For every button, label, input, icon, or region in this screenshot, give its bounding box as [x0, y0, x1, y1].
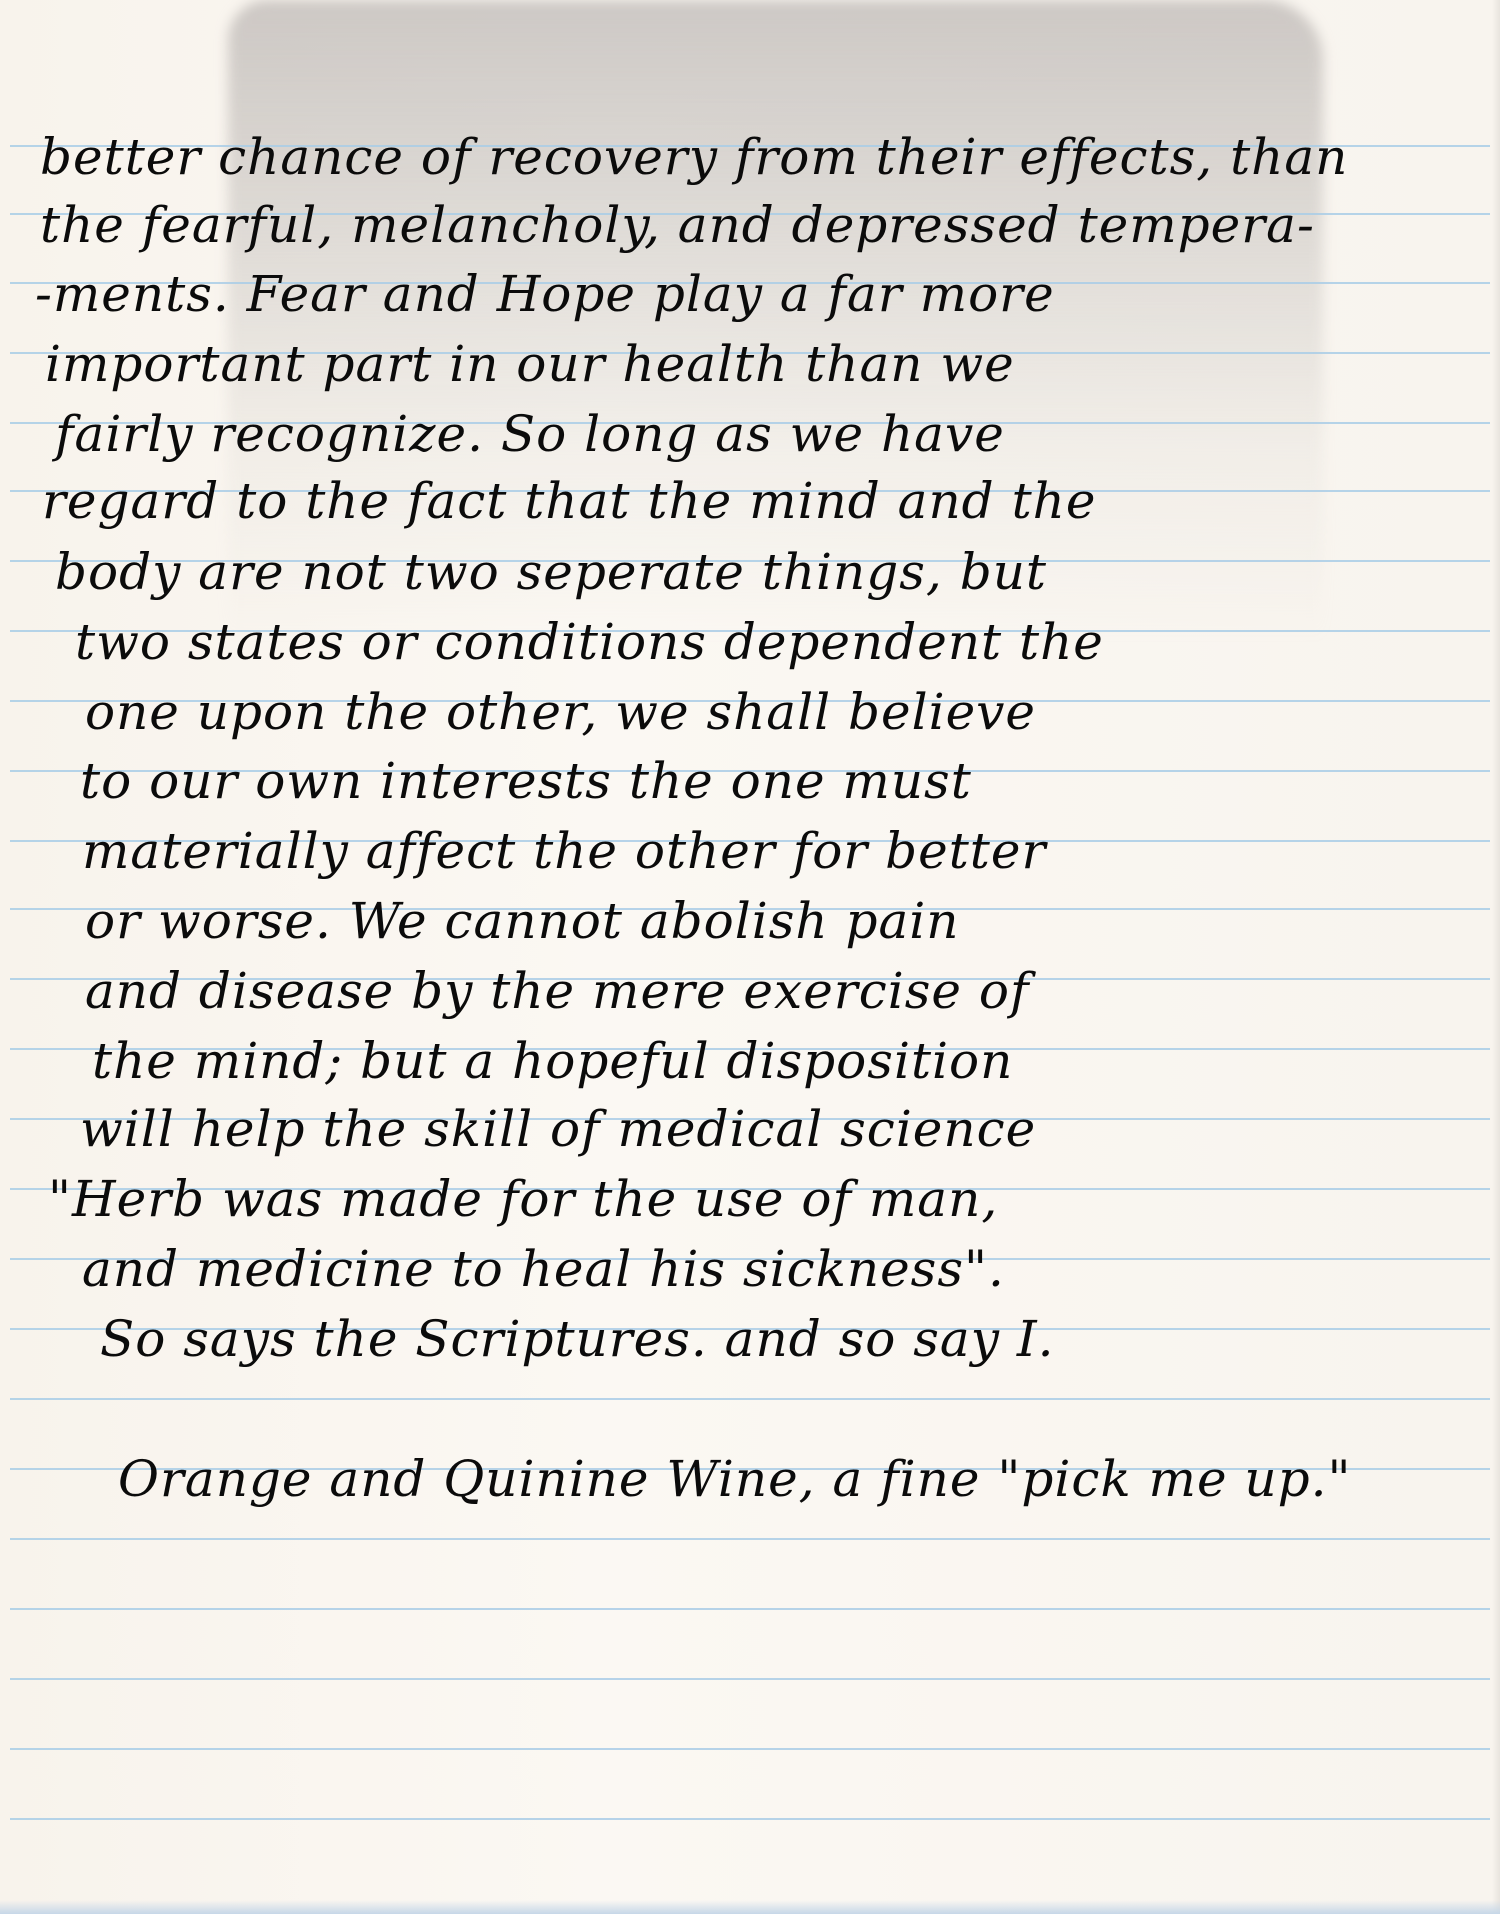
handwritten-line: "Herb was made for the use of man, — [48, 1170, 1500, 1228]
handwritten-line: regard to the fact that the mind and the — [42, 472, 1500, 530]
handwritten-line: So says the Scriptures. and so say I. — [100, 1310, 1500, 1368]
handwritten-line: materially affect the other for better — [82, 822, 1500, 880]
ruled-line — [10, 1678, 1490, 1680]
ruled-line — [10, 1748, 1490, 1750]
ruled-line — [10, 1818, 1490, 1820]
handwritten-line: the mind; but a hopeful disposition — [92, 1032, 1500, 1090]
ruled-line — [10, 1608, 1490, 1610]
handwritten-line: will help the skill of medical science — [80, 1100, 1500, 1158]
handwritten-line: fairly recognize. So long as we have — [55, 405, 1500, 463]
handwritten-line: the fearful, melancholy, and depressed t… — [40, 196, 1500, 254]
page-edge-bottom — [0, 1900, 1500, 1914]
handwritten-line: important part in our health than we — [45, 335, 1500, 393]
handwritten-line: to our own interests the one must — [80, 752, 1500, 810]
notebook-page: better chance of recovery from their eff… — [0, 0, 1500, 1914]
handwritten-line: and disease by the mere exercise of — [85, 962, 1500, 1020]
ruled-line — [10, 1398, 1490, 1400]
handwritten-line: body are not two seperate things, but — [55, 543, 1500, 601]
handwritten-line: or worse. We cannot abolish pain — [85, 892, 1500, 950]
handwritten-line: two states or conditions dependent the — [75, 613, 1500, 671]
handwritten-line: and medicine to heal his sickness". — [82, 1240, 1500, 1298]
handwritten-line: -ments. Fear and Hope play a far more — [35, 265, 1500, 323]
handwritten-line: better chance of recovery from their eff… — [40, 128, 1500, 186]
handwritten-line: Orange and Quinine Wine, a fine "pick me… — [118, 1450, 1500, 1508]
page-edge-right — [1492, 0, 1500, 1914]
ruled-line — [10, 1538, 1490, 1540]
handwritten-line: one upon the other, we shall believe — [85, 683, 1500, 741]
